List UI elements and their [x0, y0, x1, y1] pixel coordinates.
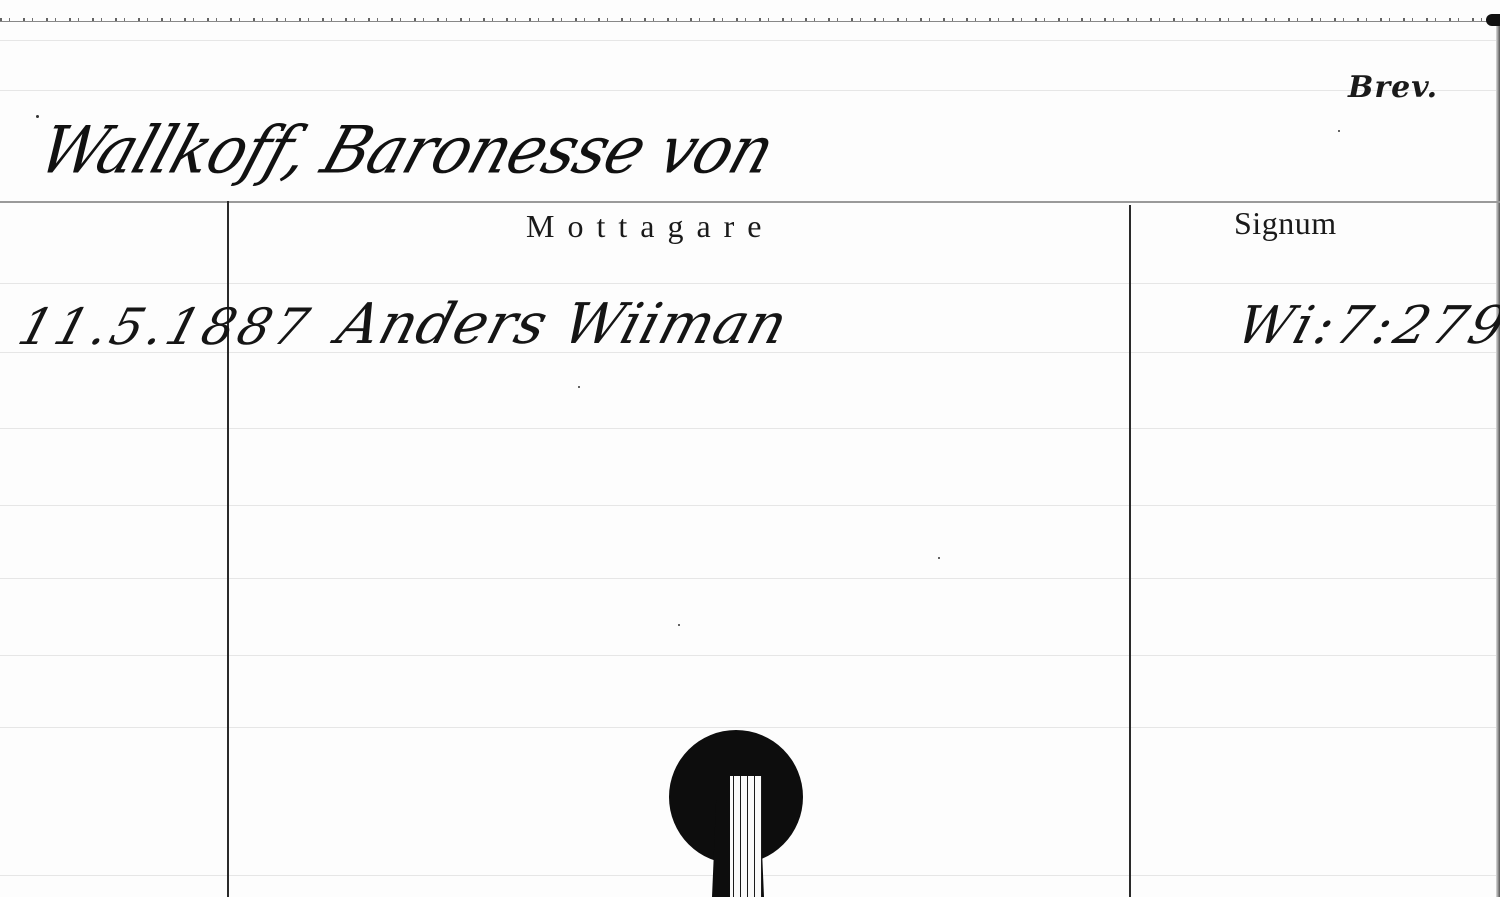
- ink-speck: [938, 557, 940, 559]
- ruled-line: [0, 428, 1500, 429]
- filing-rod-glare: [730, 776, 762, 897]
- entry-recipient: Anders Wiiman: [330, 292, 795, 357]
- ink-speck: [678, 624, 680, 626]
- entry-signum: Wi:7:279: [1230, 296, 1500, 356]
- ruled-line: [0, 90, 1500, 91]
- ink-speck: [36, 115, 39, 118]
- ruled-line: [0, 655, 1500, 656]
- ruled-line: [0, 578, 1500, 579]
- ink-speck: [578, 386, 580, 388]
- sender-name-handwritten: Wallkoff, Baronesse von: [30, 111, 783, 188]
- ruled-line: [0, 505, 1500, 506]
- signum-column-header: Signum: [1234, 205, 1337, 242]
- card-corner-mark: [1486, 14, 1500, 26]
- card-top-edge-line: [0, 21, 1490, 22]
- entry-date: 11.5.1887: [12, 298, 319, 356]
- signum-column-divider: [1129, 205, 1131, 897]
- ruled-line: [0, 283, 1500, 284]
- card-right-edge: [1496, 18, 1500, 897]
- archive-index-card: Brev. Wallkoff, Baronesse von Mottagare …: [0, 0, 1500, 897]
- recipient-column-header: Mottagare: [526, 208, 775, 245]
- document-type-label: Brev.: [1348, 70, 1438, 105]
- header-divider: [0, 201, 1500, 203]
- ruled-line: [0, 40, 1500, 41]
- ruled-line: [0, 727, 1500, 728]
- ink-speck: [1338, 130, 1340, 132]
